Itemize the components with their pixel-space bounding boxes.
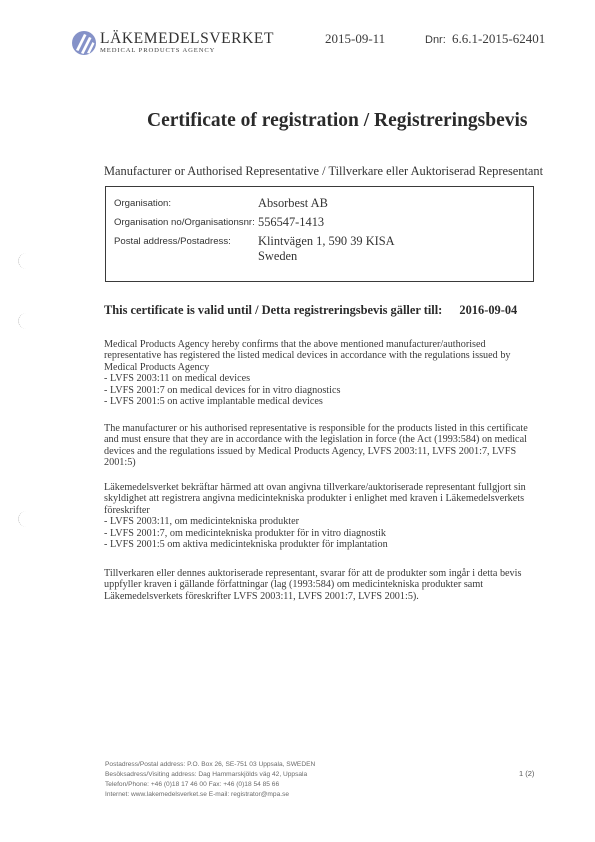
validity-label: This certificate is valid until / Detta … [104, 303, 442, 317]
dnr-value: 6.6.1-2015-62401 [452, 31, 545, 46]
text-line: Läkemedelsverkets föreskrifter LVFS 2003… [104, 591, 524, 602]
list-item: - LVFS 2001:5 om aktiva medicintekniska … [104, 539, 524, 550]
text-line: Läkemedelsverket bekräftar härmed att ov… [104, 482, 524, 493]
org-value: 556547-1413 [258, 215, 324, 230]
text-line: devices and the regulations issued by Me… [104, 446, 524, 457]
footer-line: Besöksadress/Visiting address: Dag Hamma… [105, 770, 315, 780]
agency-logo-icon [71, 30, 97, 56]
text-line: skyldighet att registrera angivna medici… [104, 493, 524, 504]
paragraph-confirmation-en: Medical Products Agency hereby confirms … [104, 339, 524, 407]
org-value: Absorbest AB [258, 196, 328, 211]
footer-line: Postadress/Postal address: P.O. Box 26, … [105, 760, 315, 770]
agency-subtitle: MEDICAL PRODUCTS AGENCY [100, 48, 274, 55]
text-line: Medical Products Agency [104, 362, 524, 373]
org-label: Organisation no/Organisationsnr: [114, 215, 258, 230]
text-line: Tillverkaren eller dennes auktoriserade … [104, 568, 524, 579]
agency-logo: LÄKEMEDELSVERKET MEDICAL PRODUCTS AGENCY [71, 30, 274, 56]
paragraph-responsibility-en: The manufacturer or his authorised repre… [104, 423, 524, 469]
text-line: uppfyller kraven i gällande författninga… [104, 579, 524, 590]
paragraph-confirmation-sv: Läkemedelsverket bekräftar härmed att ov… [104, 482, 524, 550]
page-title: Certificate of registration / Registreri… [147, 110, 528, 132]
agency-name: LÄKEMEDELSVERKET [100, 31, 274, 47]
org-row-address: Postal address/Postadress: Klintvägen 1,… [114, 234, 395, 264]
organisation-box: Organisation: Absorbest AB Organisation … [105, 186, 534, 282]
org-value: Klintvägen 1, 590 39 KISA Sweden [258, 234, 395, 264]
org-row-organisation: Organisation: Absorbest AB [114, 196, 328, 211]
validity-date: 2016-09-04 [459, 303, 517, 317]
list-item: - LVFS 2003:11 on medical devices [104, 373, 524, 384]
punch-hole-mark [18, 313, 29, 329]
org-row-number: Organisation no/Organisationsnr: 556547-… [114, 215, 324, 230]
text-line: föreskrifter [104, 505, 524, 516]
page-number: 1 (2) [519, 769, 534, 778]
list-item: - LVFS 2001:5 on active implantable medi… [104, 396, 524, 407]
text-line: 2001:5) [104, 457, 524, 468]
list-item: - LVFS 2003:11, om medicintekniska produ… [104, 516, 524, 527]
section-heading: Manufacturer or Authorised Representativ… [104, 164, 543, 179]
footer-line: Internet: www.lakemedelsverket.se E-mail… [105, 790, 315, 800]
list-item: - LVFS 2001:7, om medicintekniska produk… [104, 528, 524, 539]
org-value-line: 556547-1413 [258, 215, 324, 230]
text-line: The manufacturer or his authorised repre… [104, 423, 524, 434]
org-value-line: Absorbest AB [258, 196, 328, 211]
document-date: 2015-09-11 [325, 31, 385, 47]
text-line: Medical Products Agency hereby confirms … [104, 339, 524, 350]
text-line: and must ensure that they are in accorda… [104, 434, 524, 445]
paragraph-responsibility-sv: Tillverkaren eller dennes auktoriserade … [104, 568, 524, 602]
org-value-line: Klintvägen 1, 590 39 KISA [258, 234, 395, 249]
org-label: Organisation: [114, 196, 258, 211]
dnr-label: Dnr: [425, 34, 446, 46]
org-value-line: Sweden [258, 249, 395, 264]
punch-hole-mark [18, 253, 29, 269]
punch-hole-mark [18, 511, 29, 527]
list-item: - LVFS 2001:7 on medical devices for in … [104, 385, 524, 396]
org-label: Postal address/Postadress: [114, 234, 258, 264]
text-line: representative has registered the listed… [104, 350, 524, 361]
footer-line: Telefon/Phone: +46 (0)18 17 46 00 Fax: +… [105, 780, 315, 790]
document-reference: Dnr: 6.6.1-2015-62401 [425, 31, 545, 47]
validity-statement: This certificate is valid until / Detta … [104, 303, 517, 318]
footer-contact: Postadress/Postal address: P.O. Box 26, … [105, 760, 315, 800]
